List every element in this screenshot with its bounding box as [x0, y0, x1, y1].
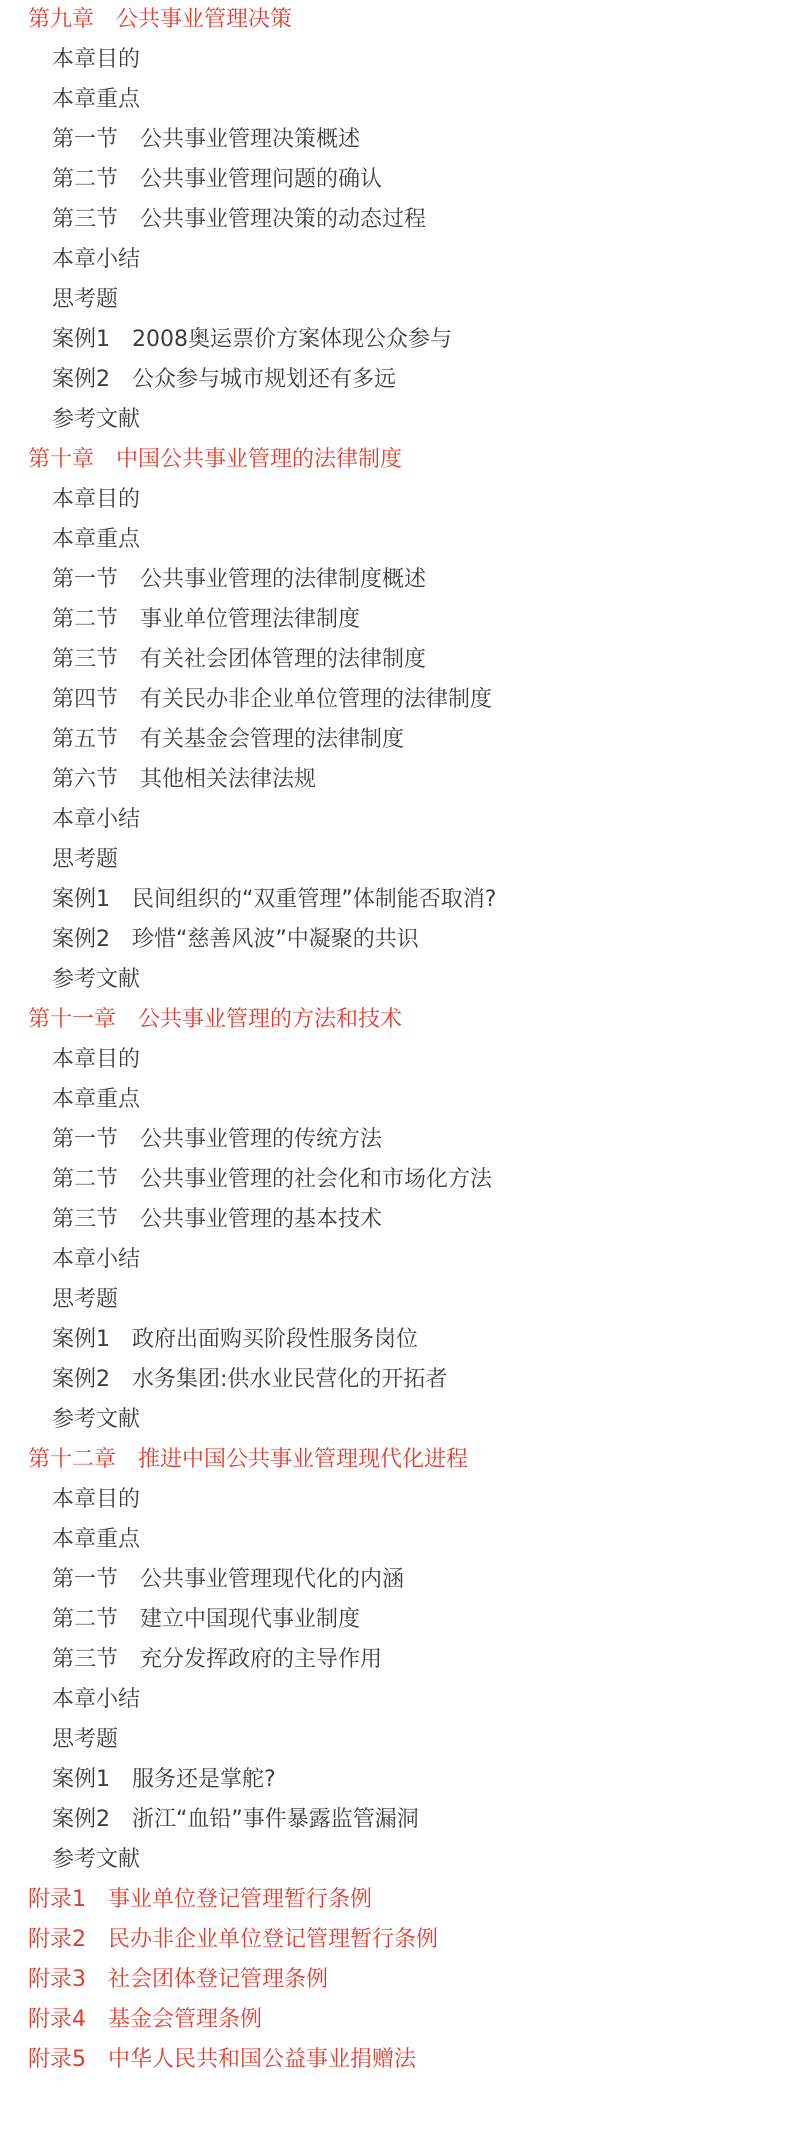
toc-item[interactable]: 参考文献 — [0, 400, 790, 440]
toc-chapter-heading[interactable]: 第十一章 公共事业管理的方法和技术 — [0, 1000, 790, 1040]
toc-item[interactable]: 思考题 — [0, 1280, 790, 1320]
table-of-contents: 第九章 公共事业管理决策本章目的本章重点第一节 公共事业管理决策概述第二节 公共… — [0, 0, 790, 2080]
toc-case-item[interactable]: 案例1 民间组织的“双重管理”体制能否取消? — [0, 880, 790, 920]
toc-section-item[interactable]: 第二节 公共事业管理的社会化和市场化方法 — [0, 1160, 790, 1200]
toc-item[interactable]: 参考文献 — [0, 1840, 790, 1880]
toc-section-item[interactable]: 第一节 公共事业管理现代化的内涵 — [0, 1560, 790, 1600]
toc-item[interactable]: 本章重点 — [0, 1080, 790, 1120]
toc-case-item[interactable]: 案例2 珍惜“慈善风波”中凝聚的共识 — [0, 920, 790, 960]
toc-case-item[interactable]: 案例1 政府出面购买阶段性服务岗位 — [0, 1320, 790, 1360]
toc-item[interactable]: 本章重点 — [0, 80, 790, 120]
toc-section-item[interactable]: 第三节 充分发挥政府的主导作用 — [0, 1640, 790, 1680]
toc-item[interactable]: 本章目的 — [0, 480, 790, 520]
toc-appendix-heading[interactable]: 附录4 基金会管理条例 — [0, 2000, 790, 2040]
toc-chapter-heading[interactable]: 第九章 公共事业管理决策 — [0, 0, 790, 40]
toc-section-item[interactable]: 第五节 有关基金会管理的法律制度 — [0, 720, 790, 760]
toc-appendix-heading[interactable]: 附录3 社会团体登记管理条例 — [0, 1960, 790, 2000]
toc-case-item[interactable]: 案例2 水务集团:供水业民营化的开拓者 — [0, 1360, 790, 1400]
toc-item[interactable]: 本章小结 — [0, 240, 790, 280]
toc-item[interactable]: 参考文献 — [0, 1400, 790, 1440]
toc-item[interactable]: 思考题 — [0, 280, 790, 320]
toc-item[interactable]: 本章小结 — [0, 1680, 790, 1720]
toc-case-item[interactable]: 案例2 公众参与城市规划还有多远 — [0, 360, 790, 400]
toc-section-item[interactable]: 第一节 公共事业管理的传统方法 — [0, 1120, 790, 1160]
toc-case-item[interactable]: 案例1 2008奥运票价方案体现公众参与 — [0, 320, 790, 360]
toc-section-item[interactable]: 第一节 公共事业管理的法律制度概述 — [0, 560, 790, 600]
toc-item[interactable]: 思考题 — [0, 1720, 790, 1760]
toc-section-item[interactable]: 第四节 有关民办非企业单位管理的法律制度 — [0, 680, 790, 720]
toc-item[interactable]: 本章目的 — [0, 1480, 790, 1520]
toc-chapter-heading[interactable]: 第十章 中国公共事业管理的法律制度 — [0, 440, 790, 480]
toc-section-item[interactable]: 第一节 公共事业管理决策概述 — [0, 120, 790, 160]
toc-item[interactable]: 本章小结 — [0, 1240, 790, 1280]
toc-item[interactable]: 本章目的 — [0, 40, 790, 80]
toc-item[interactable]: 本章重点 — [0, 1520, 790, 1560]
toc-item[interactable]: 思考题 — [0, 840, 790, 880]
toc-item[interactable]: 本章目的 — [0, 1040, 790, 1080]
toc-item[interactable]: 本章小结 — [0, 800, 790, 840]
toc-section-item[interactable]: 第二节 公共事业管理问题的确认 — [0, 160, 790, 200]
toc-item[interactable]: 参考文献 — [0, 960, 790, 1000]
toc-section-item[interactable]: 第三节 公共事业管理决策的动态过程 — [0, 200, 790, 240]
toc-section-item[interactable]: 第二节 建立中国现代事业制度 — [0, 1600, 790, 1640]
toc-section-item[interactable]: 第六节 其他相关法律法规 — [0, 760, 790, 800]
toc-appendix-heading[interactable]: 附录5 中华人民共和国公益事业捐赠法 — [0, 2040, 790, 2080]
toc-section-item[interactable]: 第三节 有关社会团体管理的法律制度 — [0, 640, 790, 680]
toc-item[interactable]: 本章重点 — [0, 520, 790, 560]
toc-appendix-heading[interactable]: 附录1 事业单位登记管理暂行条例 — [0, 1880, 790, 1920]
toc-chapter-heading[interactable]: 第十二章 推进中国公共事业管理现代化进程 — [0, 1440, 790, 1480]
toc-appendix-heading[interactable]: 附录2 民办非企业单位登记管理暂行条例 — [0, 1920, 790, 1960]
toc-section-item[interactable]: 第三节 公共事业管理的基本技术 — [0, 1200, 790, 1240]
toc-case-item[interactable]: 案例2 浙江“血铅”事件暴露监管漏洞 — [0, 1800, 790, 1840]
toc-section-item[interactable]: 第二节 事业单位管理法律制度 — [0, 600, 790, 640]
toc-case-item[interactable]: 案例1 服务还是掌舵? — [0, 1760, 790, 1800]
